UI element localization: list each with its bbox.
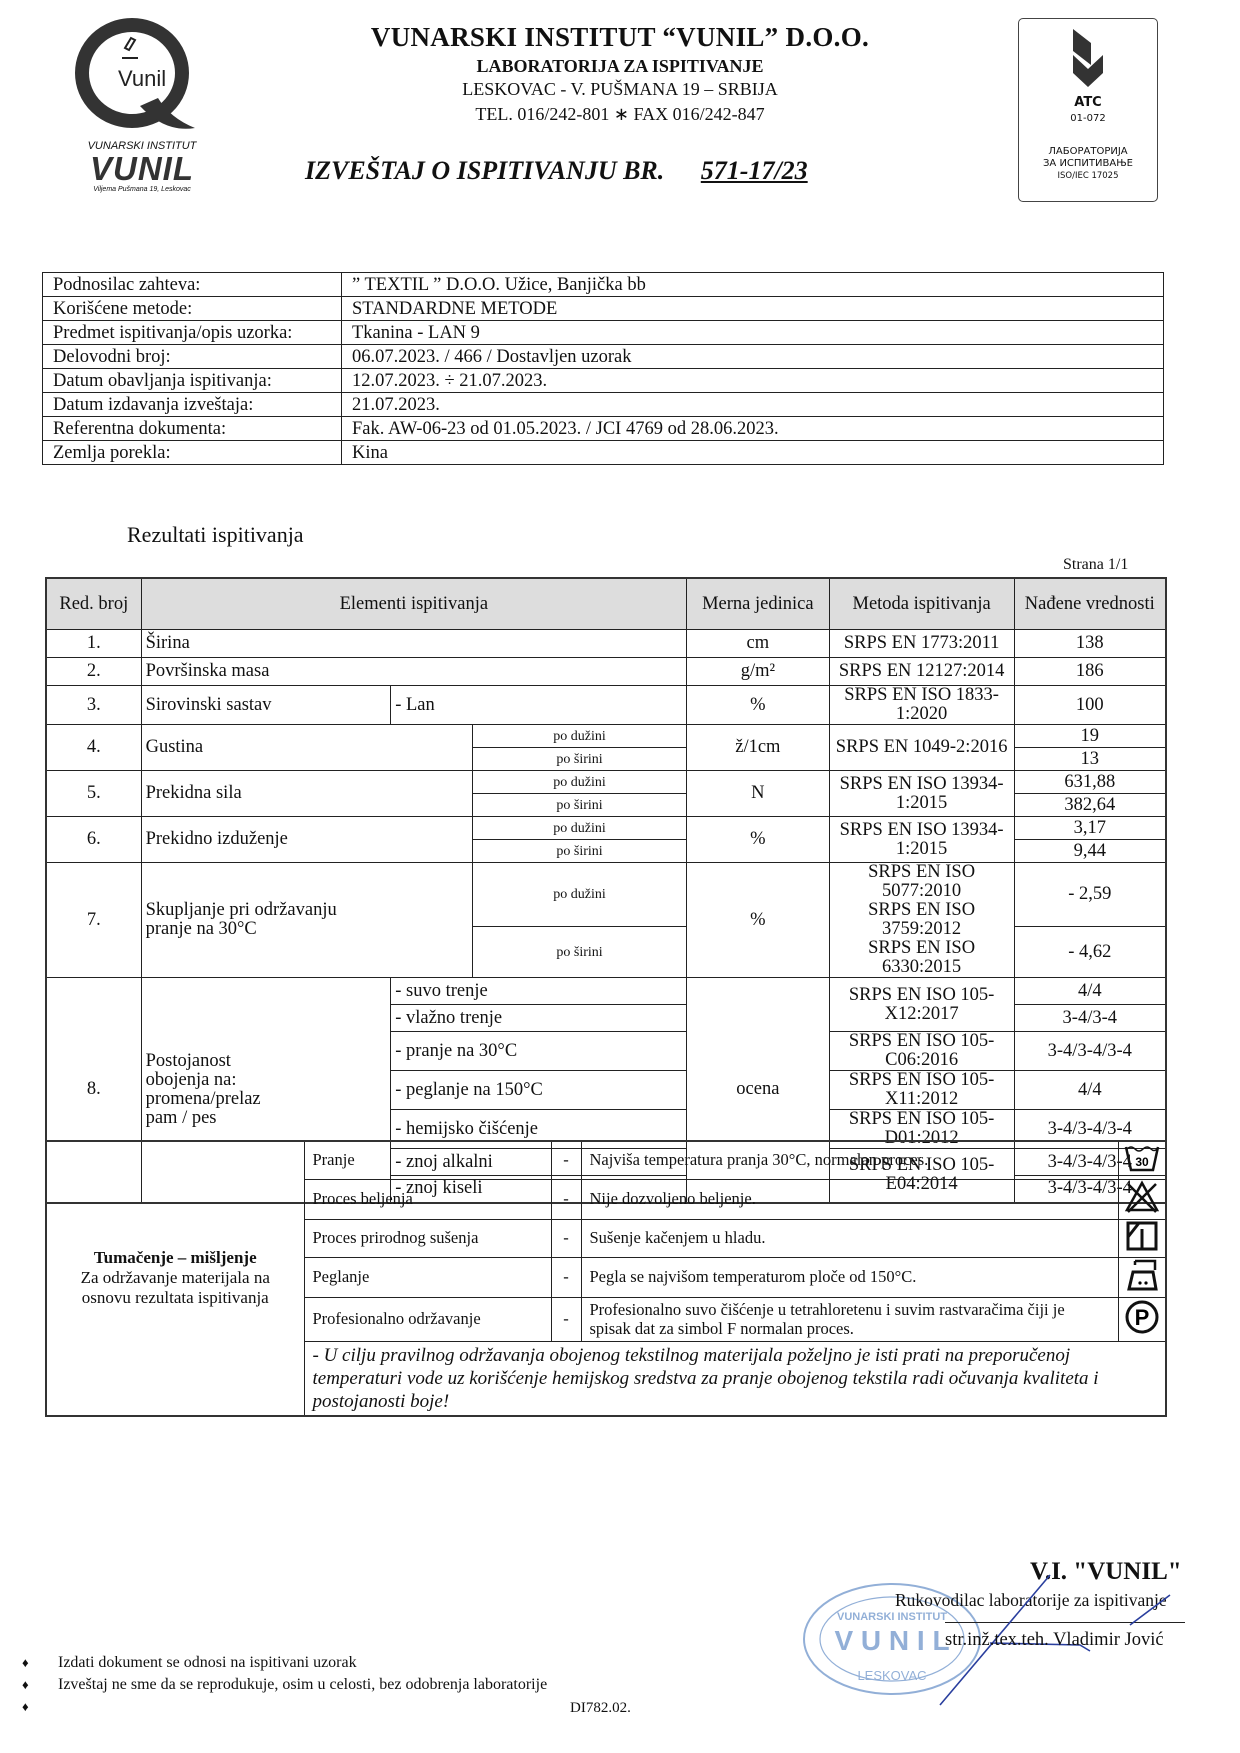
table-row: 6. Prekidno izduženje po dužini % SRPS E… bbox=[46, 817, 1166, 840]
info-row: Podnosilac zahteva:” TEXTIL ” D.O.O. Uži… bbox=[43, 273, 1164, 297]
row-unit: % bbox=[687, 863, 830, 978]
sub-lengthwise: po dužini bbox=[473, 725, 687, 748]
row-element: Sirovinski sastav bbox=[141, 686, 391, 725]
care-bullet: - bbox=[551, 1219, 581, 1257]
header-no: Red. broj bbox=[46, 578, 141, 630]
row-element: Skupljanje pri održavanju pranje na 30°C bbox=[141, 863, 472, 978]
care-text: Sušenje kačenjem u hladu. bbox=[581, 1219, 1118, 1257]
row-value-lengthwise: 19 bbox=[1014, 725, 1166, 748]
method-line: SRPS EN ISO 5077:2010 bbox=[834, 863, 1010, 901]
row-method: SRPS EN 1049-2:2016 bbox=[829, 725, 1014, 771]
row-element: Prekidno izduženje bbox=[141, 817, 472, 863]
info-label: Delovodni broj: bbox=[43, 345, 342, 369]
info-label: Korišćene metode: bbox=[43, 297, 342, 321]
info-row: Zemlja porekla:Kina bbox=[43, 441, 1164, 465]
row-unit: % bbox=[687, 686, 830, 725]
document-id: DI782.02. bbox=[570, 1700, 631, 1717]
row-no: 4. bbox=[46, 725, 141, 771]
fastness-item: - suvo trenje bbox=[391, 978, 687, 1005]
info-value: STANDARDNE METODE bbox=[342, 297, 1164, 321]
footer-notes: ♦Izdati dokument se odnosi na ispitivani… bbox=[22, 1652, 547, 1718]
row-value-widthwise: - 4,62 bbox=[1014, 927, 1166, 978]
svg-text:P: P bbox=[1134, 1305, 1149, 1330]
info-label: Predmet ispitivanja/opis uzorka: bbox=[43, 321, 342, 345]
info-row: Datum obavljanja ispitivanja:12.07.2023.… bbox=[43, 369, 1164, 393]
svg-text:30: 30 bbox=[1135, 1155, 1149, 1169]
row-method: SRPS EN 12127:2014 bbox=[829, 658, 1014, 686]
row-element-extra: - Lan bbox=[391, 686, 687, 725]
svg-text:LESKOVAC: LESKOVAC bbox=[857, 1668, 926, 1683]
care-note: - U cilju pravilnog održavanja obojenog … bbox=[304, 1341, 1166, 1416]
fastness-method: SRPS EN ISO 105-C06:2016 bbox=[829, 1032, 1014, 1071]
info-value: 06.07.2023. / 466 / Dostavljen uzorak bbox=[342, 345, 1164, 369]
results-table: Red. broj Elementi ispitivanja Merna jed… bbox=[45, 577, 1167, 1204]
header-unit: Merna jedinica bbox=[687, 578, 830, 630]
fastness-value: 4/4 bbox=[1014, 978, 1166, 1005]
care-text: Najviša temperatura pranja 30°C, normala… bbox=[581, 1141, 1118, 1179]
lab-phone-fax: TEL. 016/242-801 ∗ FAX 016/242-847 bbox=[320, 104, 920, 125]
wash-30-icon: 30 bbox=[1118, 1141, 1166, 1179]
row-value-widthwise: 9,44 bbox=[1014, 840, 1166, 863]
row-no: 6. bbox=[46, 817, 141, 863]
method-line: SRPS EN ISO 6330:2015 bbox=[834, 939, 1010, 977]
row-no: 1. bbox=[46, 630, 141, 658]
row-unit: g/m² bbox=[687, 658, 830, 686]
sub-widthwise: po širini bbox=[473, 840, 687, 863]
care-subheading: Za održavanje materijala na osnovu rezul… bbox=[55, 1268, 296, 1308]
care-label: Proces beljenja bbox=[304, 1179, 551, 1219]
fastness-label-line: Postojanost bbox=[146, 1052, 387, 1071]
fastness-item: - peglanje na 150°C bbox=[391, 1071, 687, 1110]
table-row: 7. Skupljanje pri održavanju pranje na 3… bbox=[46, 863, 1166, 927]
footer-note: ♦Izveštaj ne sme da se reprodukuje, osim… bbox=[22, 1674, 547, 1696]
accreditation-badge: ATC 01-072 ЛАБОРАТОРИЈА ЗА ИСПИТИВАЊЕ IS… bbox=[1018, 18, 1158, 202]
info-row: Referentna dokumenta:Fak. AW-06-23 od 01… bbox=[43, 417, 1164, 441]
info-value: 21.07.2023. bbox=[342, 393, 1164, 417]
care-bullet: - bbox=[551, 1257, 581, 1297]
info-label: Datum obavljanja ispitivanja: bbox=[43, 369, 342, 393]
atc-line2: ЗА ИСПИТИВАЊЕ bbox=[1019, 158, 1157, 170]
row-value: 186 bbox=[1014, 658, 1166, 686]
care-summary: Tumačenje – mišljenje Za održavanje mate… bbox=[46, 1141, 304, 1416]
sub-widthwise: po širini bbox=[473, 927, 687, 978]
lab-address: LESKOVAC - V. PUŠMANA 19 – SRBIJA bbox=[320, 79, 920, 100]
table-row: 4. Gustina po dužini ž/1cm SRPS EN 1049-… bbox=[46, 725, 1166, 748]
vunil-q-logo: Vunil bbox=[70, 18, 200, 138]
row-value-lengthwise: 631,88 bbox=[1014, 771, 1166, 794]
report-number: 571-17/23 bbox=[671, 156, 814, 185]
atc-iso: ISO/IEC 17025 bbox=[1019, 170, 1157, 182]
row-unit: % bbox=[687, 817, 830, 863]
info-value: Kina bbox=[342, 441, 1164, 465]
row-element: Širina bbox=[141, 630, 686, 658]
table-row: 8. Postojanost obojenja na: promena/prel… bbox=[46, 978, 1166, 1005]
info-label: Referentna dokumenta: bbox=[43, 417, 342, 441]
care-label: Profesionalno održavanje bbox=[304, 1297, 551, 1341]
table-row: 5. Prekidna sila po dužini N SRPS EN ISO… bbox=[46, 771, 1166, 794]
footer-note: ♦ bbox=[22, 1696, 547, 1718]
info-row: Delovodni broj:06.07.2023. / 466 / Dosta… bbox=[43, 345, 1164, 369]
report-title-prefix: IZVEŠTAJ O ISPITIVANJU BR. bbox=[305, 156, 664, 185]
info-value: Fak. AW-06-23 od 01.05.2023. / JCI 4769 … bbox=[342, 417, 1164, 441]
info-label: Zemlja porekla: bbox=[43, 441, 342, 465]
table-row: 3. Sirovinski sastav - Lan % SRPS EN ISO… bbox=[46, 686, 1166, 725]
row-method: SRPS EN ISO 1833-1:2020 bbox=[829, 686, 1014, 725]
info-row: Datum izdavanja izveštaja:21.07.2023. bbox=[43, 393, 1164, 417]
request-info-table: Podnosilac zahteva:” TEXTIL ” D.O.O. Uži… bbox=[42, 272, 1164, 465]
iron-two-dots-icon bbox=[1118, 1257, 1166, 1297]
row-value: 138 bbox=[1014, 630, 1166, 658]
row-value-lengthwise: 3,17 bbox=[1014, 817, 1166, 840]
table-row: 1. Širina cm SRPS EN 1773:2011 138 bbox=[46, 630, 1166, 658]
row-element: Površinska masa bbox=[141, 658, 686, 686]
info-value: Tkanina - LAN 9 bbox=[342, 321, 1164, 345]
row-no: 7. bbox=[46, 863, 141, 978]
fastness-item: - vlažno trenje bbox=[391, 1005, 687, 1032]
care-label: Pranje bbox=[304, 1141, 551, 1179]
care-bullet: - bbox=[551, 1141, 581, 1179]
sub-widthwise: po širini bbox=[473, 748, 687, 771]
care-label: Peglanje bbox=[304, 1257, 551, 1297]
sub-lengthwise: po dužini bbox=[473, 817, 687, 840]
row-element-line1: Skupljanje pri održavanju bbox=[146, 901, 468, 920]
page-number: Strana 1/1 bbox=[1063, 556, 1128, 574]
row-unit: cm bbox=[687, 630, 830, 658]
care-row: Tumačenje – mišljenje Za održavanje mate… bbox=[46, 1141, 1166, 1179]
fastness-method: SRPS EN ISO 105-X12:2017 bbox=[829, 978, 1014, 1032]
atc-code: ATC bbox=[1019, 95, 1157, 110]
fastness-item: - pranje na 30°C bbox=[391, 1032, 687, 1071]
care-bullet: - bbox=[551, 1179, 581, 1219]
sub-lengthwise: po dužini bbox=[473, 771, 687, 794]
care-bullet: - bbox=[551, 1297, 581, 1341]
fastness-label-line: promena/prelaz bbox=[146, 1090, 387, 1109]
row-no: 2. bbox=[46, 658, 141, 686]
header-method: Metoda ispitivanja bbox=[829, 578, 1014, 630]
atc-number: 01-072 bbox=[1019, 113, 1157, 124]
row-method: SRPS EN 1773:2011 bbox=[829, 630, 1014, 658]
lab-name: LABORATORIJA ZA ISPITIVANJE bbox=[320, 56, 920, 77]
care-text: Profesionalno suvo čišćenje u tetrahlore… bbox=[581, 1297, 1118, 1341]
info-row: Korišćene metode:STANDARDNE METODE bbox=[43, 297, 1164, 321]
fastness-method: SRPS EN ISO 105-X11:2012 bbox=[829, 1071, 1014, 1110]
header-value: Nađene vrednosti bbox=[1014, 578, 1166, 630]
info-value: 12.07.2023. ÷ 21.07.2023. bbox=[342, 369, 1164, 393]
row-value: 100 bbox=[1014, 686, 1166, 725]
row-method: SRPS EN ISO 13934-1:2015 bbox=[829, 817, 1014, 863]
info-label: Podnosilac zahteva: bbox=[43, 273, 342, 297]
method-line: SRPS EN ISO 3759:2012 bbox=[834, 901, 1010, 939]
table-row: 2. Površinska masa g/m² SRPS EN 12127:20… bbox=[46, 658, 1166, 686]
care-instructions-table: Tumačenje – mišljenje Za održavanje mate… bbox=[45, 1140, 1167, 1417]
results-title: Rezultati ispitivanja bbox=[127, 522, 304, 548]
info-value: ” TEXTIL ” D.O.O. Užice, Banjička bb bbox=[342, 273, 1164, 297]
fastness-value: 3-4/3-4/3-4 bbox=[1014, 1032, 1166, 1071]
report-title: IZVEŠTAJ O ISPITIVANJU BR. 571-17/23 bbox=[305, 156, 814, 186]
row-element: Gustina bbox=[141, 725, 472, 771]
fastness-label-line: pam / pes bbox=[146, 1109, 387, 1128]
row-unit: N bbox=[687, 771, 830, 817]
row-unit: ž/1cm bbox=[687, 725, 830, 771]
row-no: 5. bbox=[46, 771, 141, 817]
header-element: Elementi ispitivanja bbox=[141, 578, 686, 630]
sub-widthwise: po širini bbox=[473, 794, 687, 817]
row-element-line2: pranje na 30°C bbox=[146, 920, 468, 939]
atc-chevron-icon bbox=[1063, 29, 1113, 89]
line-dry-shade-icon bbox=[1118, 1219, 1166, 1257]
fastness-value: 3-4/3-4 bbox=[1014, 1005, 1166, 1032]
care-text: Nije dozvoljeno beljenje. bbox=[581, 1179, 1118, 1219]
no-bleach-icon bbox=[1118, 1179, 1166, 1219]
row-no: 3. bbox=[46, 686, 141, 725]
row-value-lengthwise: - 2,59 bbox=[1014, 863, 1166, 927]
info-label: Datum izdavanja izveštaja: bbox=[43, 393, 342, 417]
footer-note: ♦Izdati dokument se odnosi na ispitivani… bbox=[22, 1652, 547, 1674]
sub-lengthwise: po dužini bbox=[473, 863, 687, 927]
vunil-wordmark-logo: VUNARSKI INSTITUT VUNIL Viljema Pušmana … bbox=[72, 140, 212, 198]
row-method: SRPS EN ISO 5077:2010 SRPS EN ISO 3759:2… bbox=[829, 863, 1014, 978]
svg-text:Vunil: Vunil bbox=[118, 66, 166, 91]
fastness-value: 4/4 bbox=[1014, 1071, 1166, 1110]
dry-clean-p-icon: P bbox=[1118, 1297, 1166, 1341]
row-method: SRPS EN ISO 13934-1:2015 bbox=[829, 771, 1014, 817]
care-label: Proces prirodnog sušenja bbox=[304, 1219, 551, 1257]
signatory-name: str.inž.tex.teh. Vladimir Jović bbox=[945, 1630, 1164, 1651]
fastness-label-line: obojenja na: bbox=[146, 1071, 387, 1090]
row-element: Prekidna sila bbox=[141, 771, 472, 817]
info-row: Predmet ispitivanja/opis uzorka:Tkanina … bbox=[43, 321, 1164, 345]
atc-line1: ЛАБОРАТОРИЈА bbox=[1019, 146, 1157, 158]
care-heading: Tumačenje – mišljenje bbox=[55, 1248, 296, 1268]
row-value-widthwise: 13 bbox=[1014, 748, 1166, 771]
row-value-widthwise: 382,64 bbox=[1014, 794, 1166, 817]
care-text: Pegla se najvišom temperaturom ploče od … bbox=[581, 1257, 1118, 1297]
institute-name: VUNARSKI INSTITUT “VUNIL” D.O.O. bbox=[320, 22, 920, 53]
